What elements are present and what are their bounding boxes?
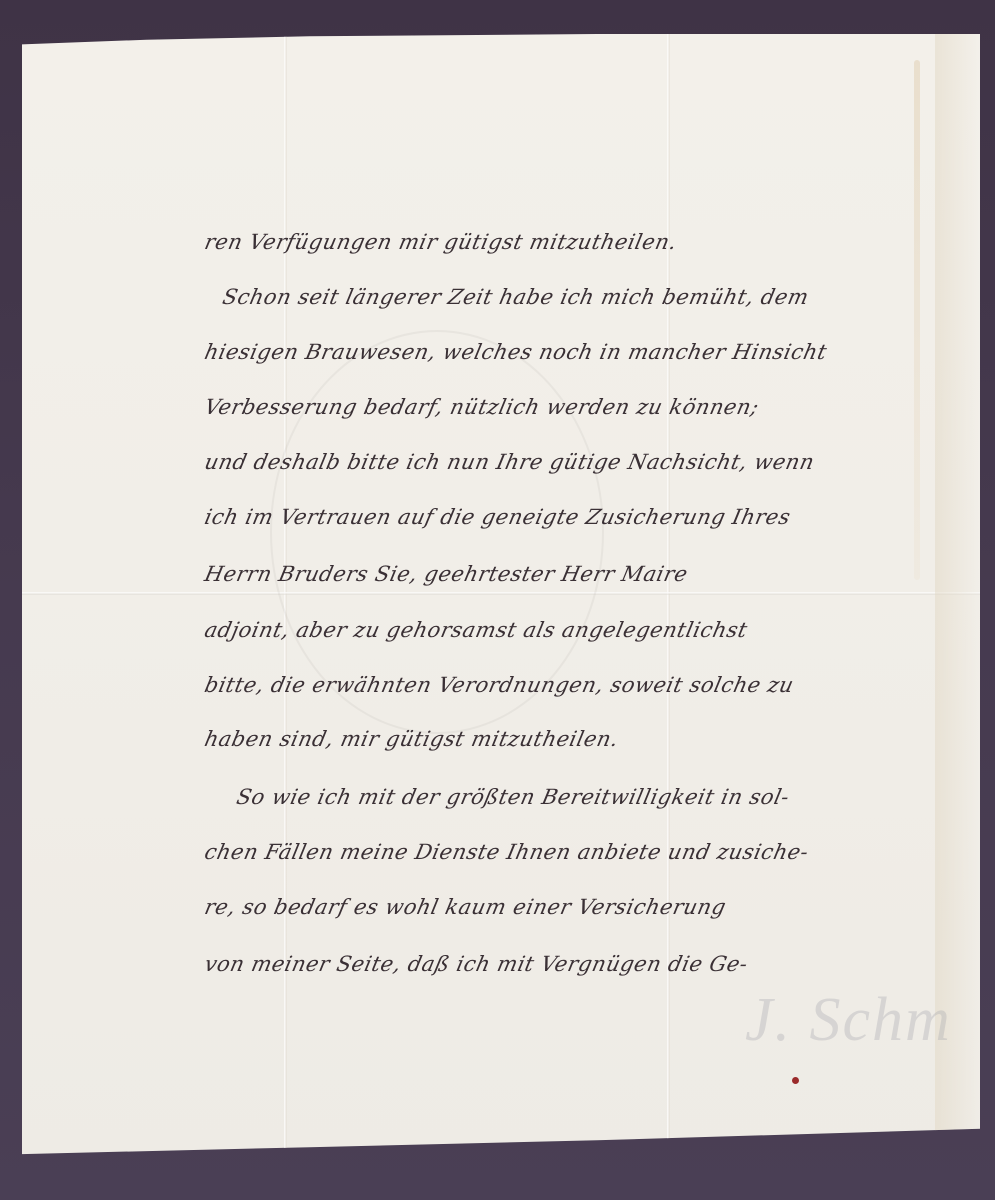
text-line: ren Verfügungen mir gütigst mitzutheilen… <box>202 230 679 254</box>
text-line: adjoint, aber zu gehorsamst als angelege… <box>202 618 749 642</box>
paper-stain <box>914 60 920 580</box>
text-line: re, so bedarf es wohl kaum einer Versich… <box>202 895 728 919</box>
text-line: chen Fällen meine Dienste Ihnen anbiete … <box>202 840 810 864</box>
text-line: ich im Vertrauen auf die geneigte Zusich… <box>202 505 792 529</box>
watermark-signature: J. Schm <box>745 985 952 1056</box>
text-line: Schon seit längerer Zeit habe ich mich b… <box>220 285 811 309</box>
text-line: So wie ich mit der größten Bereitwilligk… <box>234 785 791 809</box>
text-line: haben sind, mir gütigst mitzutheilen. <box>202 727 620 751</box>
red-ink-spot <box>792 1077 799 1084</box>
text-line: von meiner Seite, daß ich mit Vergnügen … <box>202 952 750 976</box>
text-line: bitte, die erwähnten Verordnungen, sowei… <box>202 673 796 697</box>
text-line: und deshalb bitte ich nun Ihre gütige Na… <box>202 450 816 474</box>
text-line: hiesigen Brauwesen, welches noch in manc… <box>202 340 829 364</box>
fold-crease-right <box>667 34 670 1184</box>
text-line: Herrn Bruders Sie, geehrtester Herr Mair… <box>202 562 690 586</box>
text-line: Verbesserung bedarf, nützlich werden zu … <box>202 395 761 419</box>
